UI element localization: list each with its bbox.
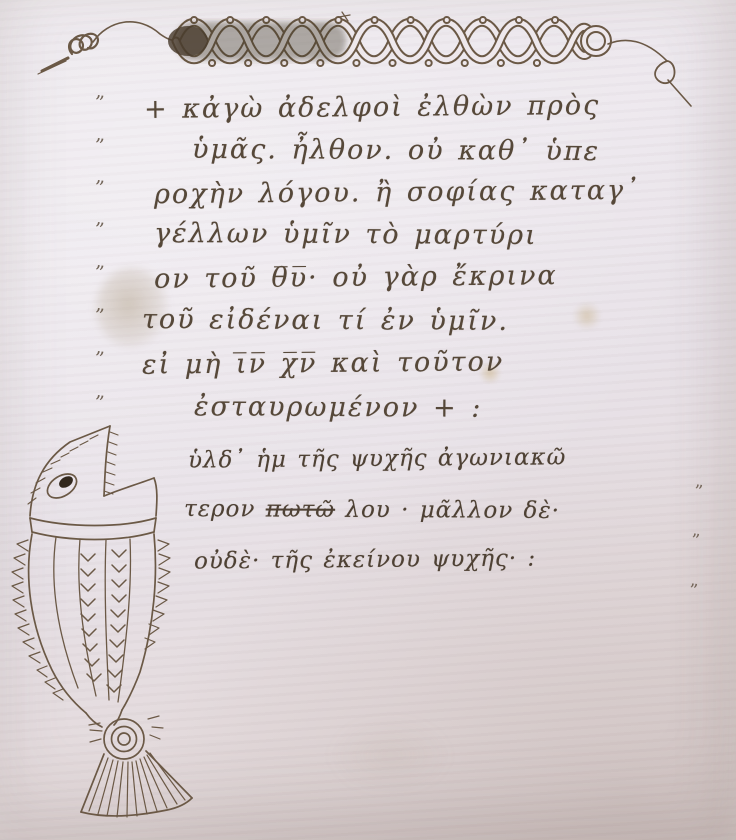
quote-mark: ” bbox=[93, 392, 132, 419]
fish-collar bbox=[30, 518, 156, 540]
fish-tail bbox=[81, 710, 192, 817]
text-line: ”+ κἀγὼ ἀδελφοὶ ἐλθὼν πρὸς bbox=[94, 94, 600, 121]
fish-chevron-column bbox=[81, 554, 101, 681]
quote-mark: ” bbox=[93, 219, 132, 246]
quote-mark: ” bbox=[93, 305, 132, 332]
headpiece-flourish-right bbox=[608, 40, 691, 106]
quote-mark: ” bbox=[93, 92, 132, 119]
quote-mark: ” bbox=[693, 482, 704, 503]
headpiece-flourish-left bbox=[38, 22, 178, 74]
stain bbox=[330, 720, 450, 790]
scholion-line: ὑλδ᾽ ἡμ τῆς ψυχῆς ἀγωνιακῶ bbox=[188, 448, 566, 471]
text-line: ”εἰ μὴ ι̅ν̅ χ̅ν̅ καὶ τοῦτον bbox=[94, 350, 504, 377]
quote-mark: ” bbox=[93, 177, 132, 204]
quote-mark: ” bbox=[93, 135, 132, 162]
text-line: ”τοῦ εἰδέναι τί ἐν ὑμῖν. bbox=[94, 307, 509, 334]
fish-body bbox=[12, 534, 170, 713]
quote-mark: ” bbox=[93, 262, 132, 289]
fish-chevron-column bbox=[107, 550, 126, 692]
stain bbox=[572, 302, 602, 330]
text-line: ”ροχὴν λόγου. ἢ σοφίας καταγ᾽ bbox=[94, 179, 641, 206]
parchment-page: ”+ κἀγὼ ἀδελφοὶ ἐλθὼν πρὸς ”ὑμᾶς. ἦλθον.… bbox=[0, 0, 736, 840]
scholion-line: τερον πωτῶ λου · μᾶλλον δὲ· bbox=[184, 499, 560, 522]
fish-tail-rays bbox=[89, 753, 185, 817]
scholion-line: οὐδὲ· τῆς ἐκείνου ψυχῆς· : bbox=[194, 549, 536, 572]
headpiece-braid-strands bbox=[168, 12, 608, 63]
quote-mark: ” bbox=[688, 581, 699, 602]
fish-head bbox=[28, 426, 157, 516]
struck-word: πωτῶ bbox=[266, 496, 335, 522]
quote-mark: ” bbox=[93, 348, 132, 375]
text-line: ”ον τοῦ θ̅υ̅· οὐ γὰρ ἔκρινα bbox=[94, 264, 558, 291]
text-line: ”ἐσταυρωμένον + : bbox=[94, 394, 482, 421]
fish-drawing bbox=[6, 420, 218, 828]
quote-mark: ” bbox=[690, 531, 701, 552]
text-line: ”ὑμᾶς. ἦλθον. οὐ καθ᾽ ὑπε bbox=[94, 137, 600, 164]
text-line: ”γέλλων ὑμῖν τὸ μαρτύρι bbox=[94, 221, 538, 248]
